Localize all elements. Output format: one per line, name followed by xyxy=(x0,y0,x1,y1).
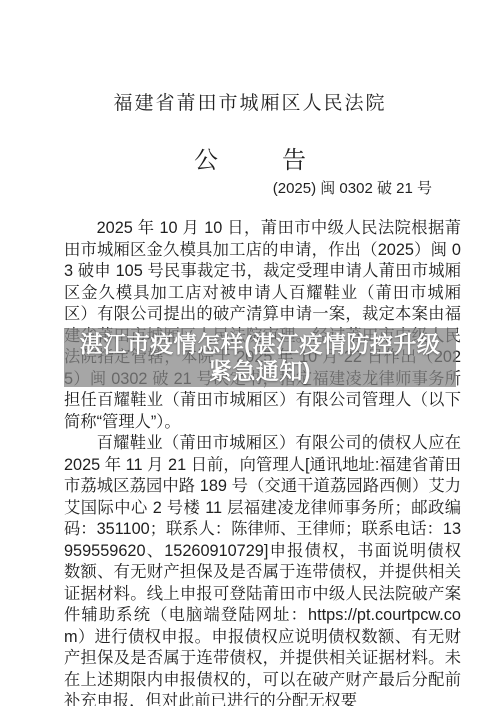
case-number: (2025) 闽 0302 破 21 号 xyxy=(0,180,500,198)
body-paragraph-1: 2025 年 10 月 10 日，莆田市中级人民法院根据莆田市城厢区金久模具加工… xyxy=(64,218,461,433)
watermark-overlay-band: 湛江市疫情怎样(湛江疫情防控升级 紧急通知) xyxy=(64,328,456,387)
notice-title: 公 告 xyxy=(0,148,500,174)
body-paragraph-2: 百耀鞋业（莆田市城厢区）有限公司的债权人应在 2025 年 11 月 21 日前… xyxy=(64,433,461,706)
court-name-heading: 福建省莆田市城厢区人民法院 xyxy=(0,0,500,116)
overlay-title-line-1: 湛江市疫情怎样(湛江疫情防控升级 xyxy=(80,331,441,358)
notice-title-char-1: 公 xyxy=(194,148,218,174)
overlay-title-line-2: 紧急通知) xyxy=(209,358,311,385)
announcement-page: 福建省莆田市城厢区人民法院 公 告 (2025) 闽 0302 破 21 号 2… xyxy=(0,0,500,706)
notice-title-char-2: 告 xyxy=(282,148,306,174)
announcement-body: 2025 年 10 月 10 日，莆田市中级人民法院根据莆田市城厢区金久模具加工… xyxy=(64,218,461,706)
